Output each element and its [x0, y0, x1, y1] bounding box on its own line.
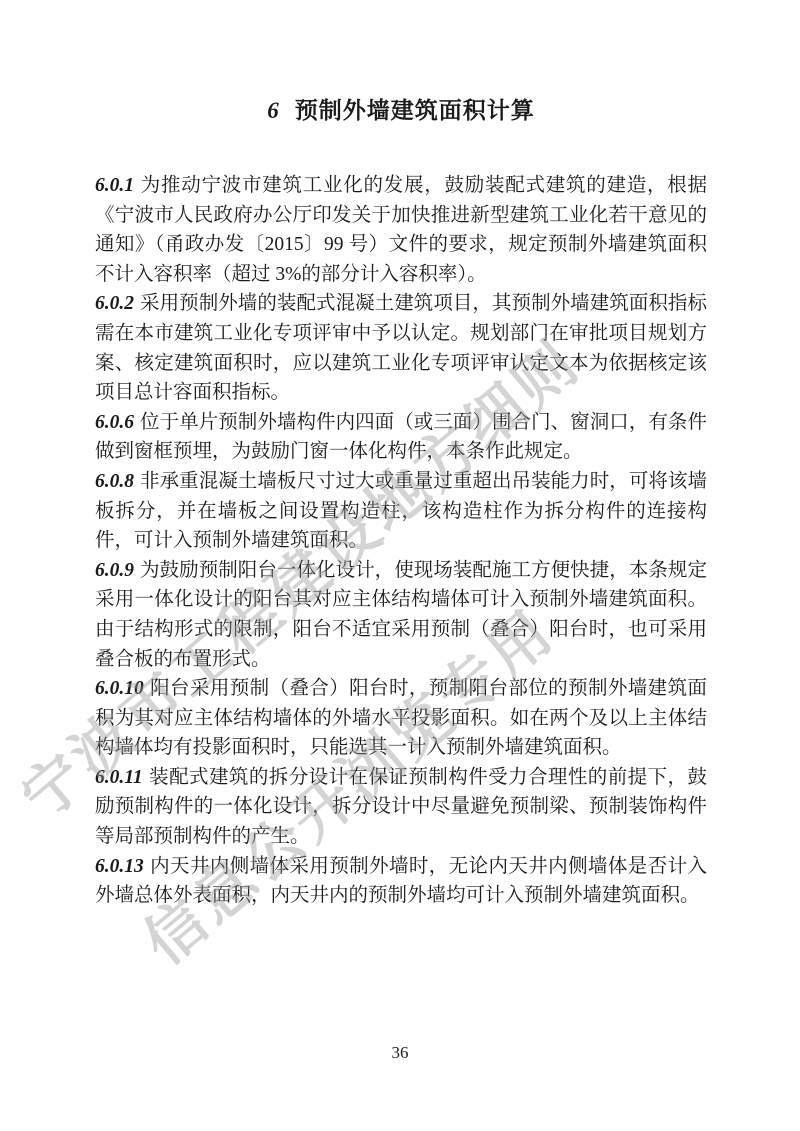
clause-text: 为推动宁波市建筑工业化的发展，鼓励装配式建筑的建造，根据《宁波市人民政府办公厅印… — [95, 175, 707, 285]
clause-number: 6.0.6 — [95, 412, 134, 433]
clause-number: 6.0.9 — [95, 560, 134, 581]
page-content: 6预制外墙建筑面积计算 6.0.1为推动宁波市建筑工业化的发展，鼓励装配式建筑的… — [95, 92, 707, 911]
clause: 6.0.11装配式建筑的拆分设计在保证预制构件受力合理性的前提下，鼓励预制构件的… — [95, 763, 707, 852]
clause-text: 采用预制外墙的装配式混凝土建筑项目，其预制外墙建筑面积指标需在本市建筑工业化专项… — [95, 293, 707, 403]
clause-number: 6.0.11 — [95, 767, 143, 788]
section-number: 6 — [267, 98, 279, 123]
page-number: 36 — [0, 1043, 800, 1063]
clause-text: 装配式建筑的拆分设计在保证预制构件受力合理性的前提下，鼓励预制构件的一体化设计，… — [95, 767, 707, 847]
clause-text: 位于单片预制外墙构件内四面（或三面）围合门、窗洞口，有条件做到窗框预埋，为鼓励门… — [95, 412, 707, 463]
clause-number: 6.0.13 — [95, 856, 144, 877]
clause: 6.0.13内天井内侧墙体采用预制外墙时，无论内天井内侧墙体是否计入外墙总体外表… — [95, 852, 707, 911]
clause-text: 非承重混凝土墙板尺寸过大或重量过重超出吊装能力时，可将该墙板拆分，并在墙板之间设… — [95, 471, 707, 551]
section-title-text: 预制外墙建筑面积计算 — [295, 98, 535, 123]
page-title: 6预制外墙建筑面积计算 — [95, 92, 707, 125]
clause: 6.0.8非承重混凝土墙板尺寸过大或重量过重超出吊装能力时，可将该墙板拆分，并在… — [95, 467, 707, 556]
clause-number: 6.0.1 — [95, 175, 134, 196]
clause-text: 阳台采用预制（叠合）阳台时，预制阳台部位的预制外墙建筑面积为其对应主体结构墙体的… — [95, 678, 707, 758]
document-page: 宁波市工程建设地方细则 信息公开浏览专用 6预制外墙建筑面积计算 6.0.1为推… — [0, 0, 800, 1131]
clause: 6.0.9为鼓励预制阳台一体化设计，使现场装配施工方便快捷，本条规定采用一体化设… — [95, 556, 707, 674]
clause: 6.0.2采用预制外墙的装配式混凝土建筑项目，其预制外墙建筑面积指标需在本市建筑… — [95, 289, 707, 407]
clause: 6.0.10阳台采用预制（叠合）阳台时，预制阳台部位的预制外墙建筑面积为其对应主… — [95, 674, 707, 763]
clause-number: 6.0.2 — [95, 293, 134, 314]
clause-number: 6.0.8 — [95, 471, 134, 492]
clause: 6.0.1为推动宁波市建筑工业化的发展，鼓励装配式建筑的建造，根据《宁波市人民政… — [95, 171, 707, 289]
clause-text: 内天井内侧墙体采用预制外墙时，无论内天井内侧墙体是否计入外墙总体外表面积，内天井… — [95, 856, 707, 907]
clause-text: 为鼓励预制阳台一体化设计，使现场装配施工方便快捷，本条规定采用一体化设计的阳台其… — [95, 560, 707, 670]
clause-number: 6.0.10 — [95, 678, 144, 699]
clause-list: 6.0.1为推动宁波市建筑工业化的发展，鼓励装配式建筑的建造，根据《宁波市人民政… — [95, 171, 707, 911]
clause: 6.0.6位于单片预制外墙构件内四面（或三面）围合门、窗洞口，有条件做到窗框预埋… — [95, 408, 707, 467]
